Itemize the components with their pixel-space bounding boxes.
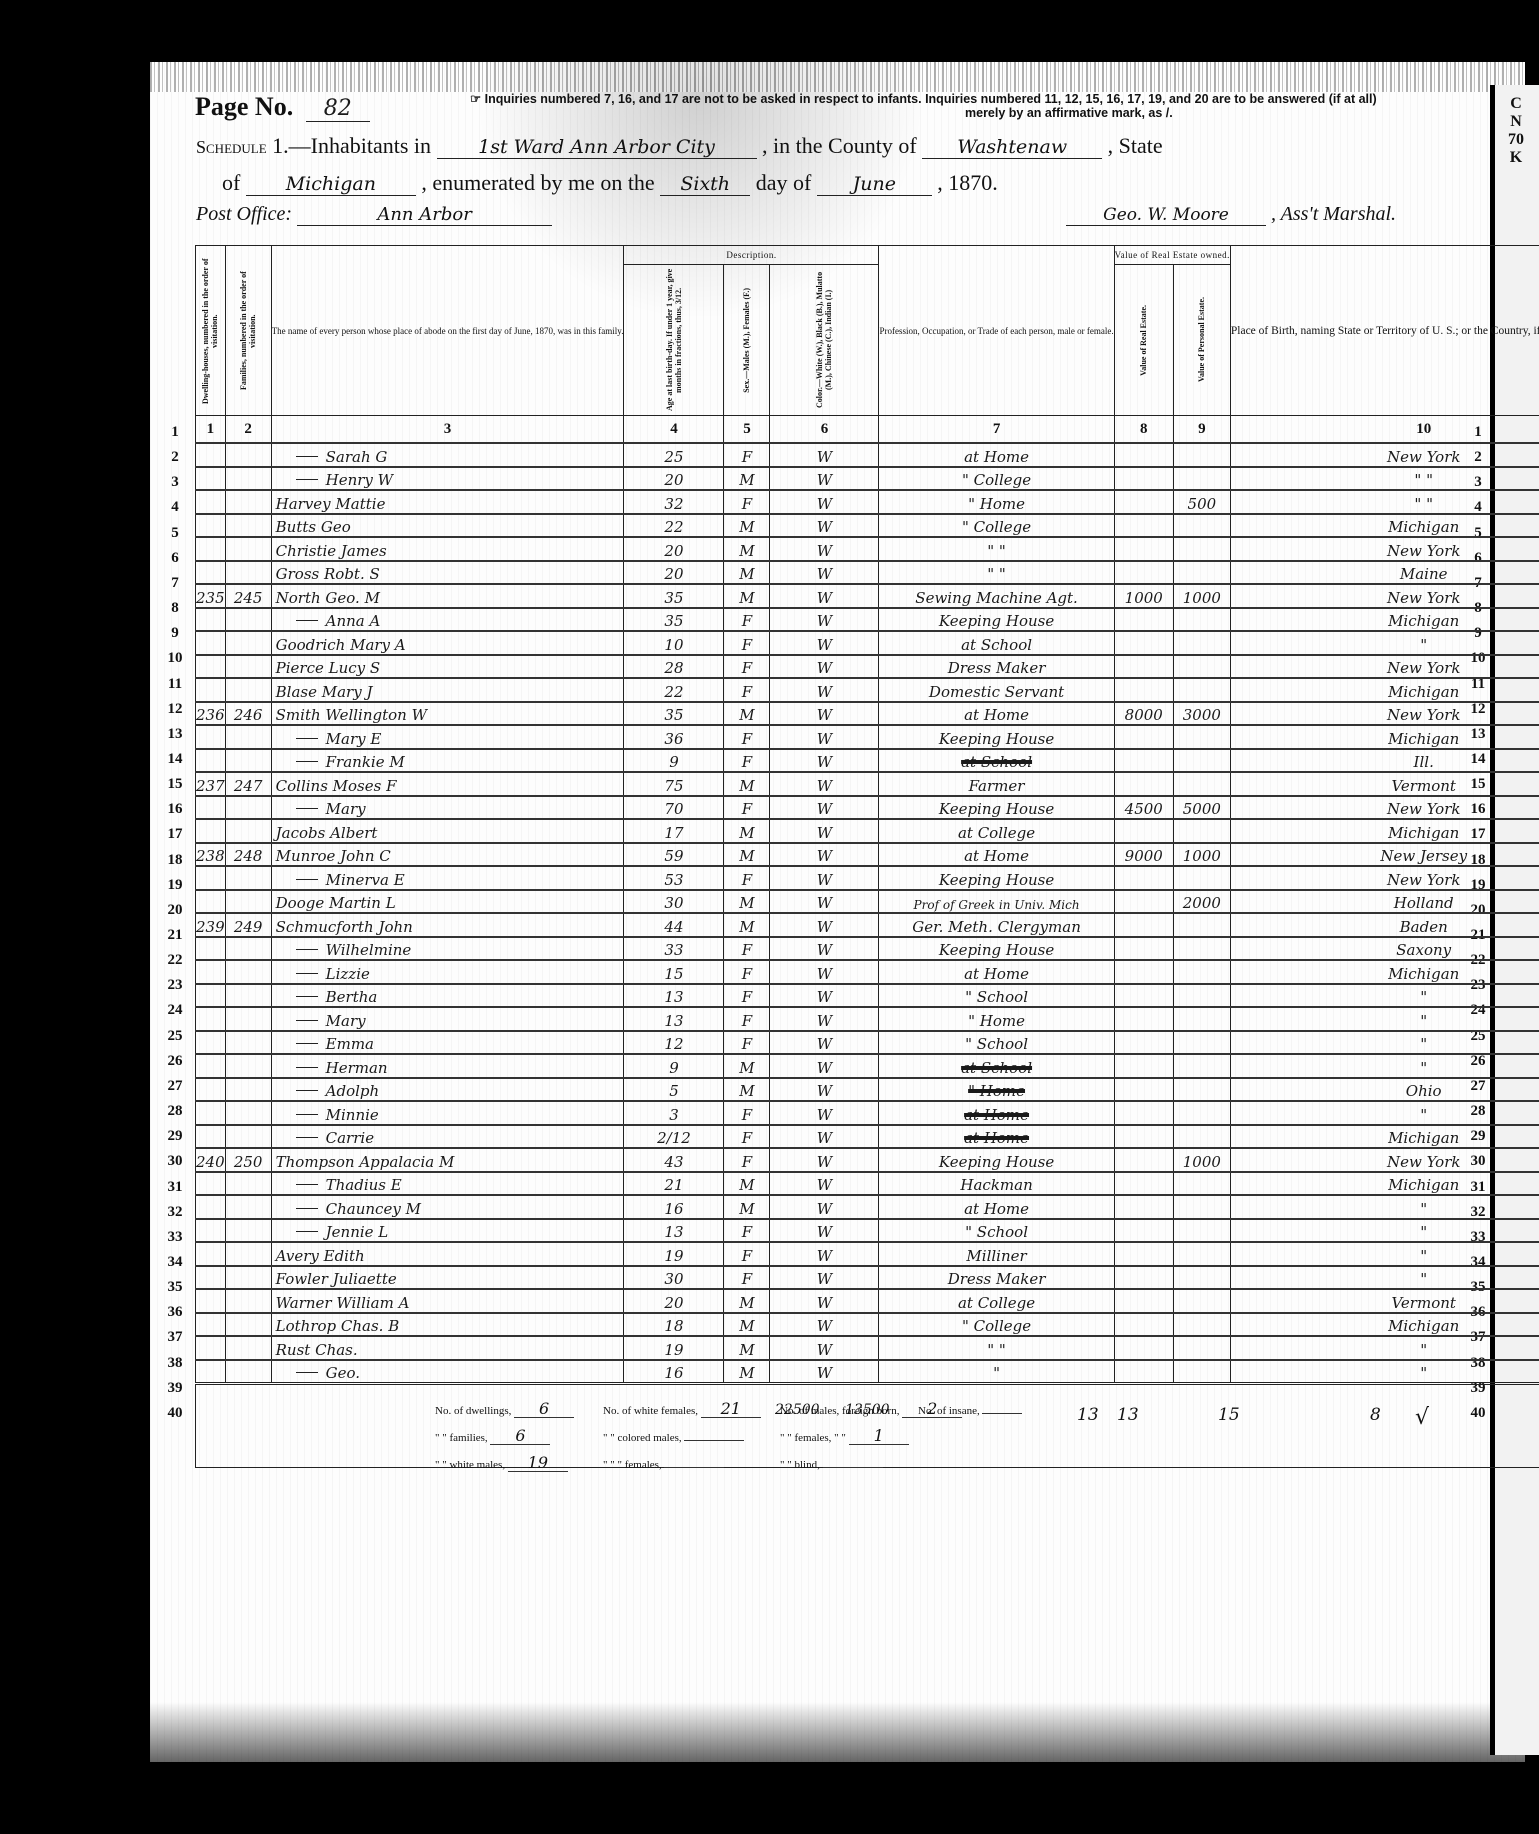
- age: 35: [624, 702, 724, 726]
- family-number: [225, 443, 271, 467]
- real-estate-value: [1114, 1078, 1173, 1102]
- family-number: [225, 1125, 271, 1149]
- place-field: 1st Ward Ann Arbor City: [437, 136, 757, 159]
- birthplace: New York: [1230, 1148, 1539, 1172]
- dwelling-number: [196, 1360, 226, 1384]
- county-field: Washtenaw: [922, 136, 1102, 159]
- dwelling-number: 238: [196, 843, 226, 867]
- insane-count: No. of insane,: [918, 1405, 1022, 1417]
- state-field: Michigan: [246, 173, 416, 196]
- family-number: 250: [225, 1148, 271, 1172]
- birthplace: " ": [1230, 467, 1539, 491]
- sex: F: [724, 796, 770, 820]
- dwelling-number: [196, 608, 226, 632]
- dwelling-number: 239: [196, 913, 226, 937]
- birthplace: ": [1230, 1336, 1539, 1360]
- sex: M: [724, 1289, 770, 1313]
- line-number-left: 25: [160, 1028, 190, 1045]
- color: W: [770, 561, 879, 585]
- occupation: Sewing Machine Agt.: [879, 584, 1114, 608]
- table-row: 237247Collins Moses F75MWFarmerVermont/: [196, 772, 1539, 796]
- color: W: [770, 1195, 879, 1219]
- line-number-left: 22: [160, 952, 190, 969]
- family-number: [225, 537, 271, 561]
- dwelling-number: [196, 1172, 226, 1196]
- person-name: Thadius E: [271, 1172, 624, 1196]
- sex: F: [724, 1101, 770, 1125]
- person-name: Harvey Mattie: [271, 490, 624, 514]
- sex: M: [724, 702, 770, 726]
- dwelling-number: [196, 725, 226, 749]
- ditto-dash: [296, 973, 318, 974]
- month-field: June: [817, 173, 932, 196]
- line-number-left: 32: [160, 1204, 190, 1221]
- family-number: [225, 796, 271, 820]
- age: 30: [624, 890, 724, 914]
- birthplace: New York: [1230, 702, 1539, 726]
- age: 9: [624, 1054, 724, 1078]
- color: W: [770, 467, 879, 491]
- sex: M: [724, 561, 770, 585]
- occupation: Ger. Meth. Clergyman: [879, 913, 1114, 937]
- table-row: 240250Thompson Appalacia M43FWKeeping Ho…: [196, 1148, 1539, 1172]
- sex: F: [724, 490, 770, 514]
- personal-estate-value: [1173, 608, 1230, 632]
- color: W: [770, 725, 879, 749]
- sex: F: [724, 608, 770, 632]
- family-number: [225, 960, 271, 984]
- occupation: " Home: [879, 490, 1114, 514]
- occupation: " College: [879, 1313, 1114, 1337]
- person-name: Minerva E: [271, 866, 624, 890]
- sex: F: [724, 678, 770, 702]
- family-number: [225, 1195, 271, 1219]
- column-number-1: 1: [196, 416, 226, 444]
- real-estate-value: [1114, 631, 1173, 655]
- sex: M: [724, 537, 770, 561]
- age: 33: [624, 937, 724, 961]
- sex: F: [724, 631, 770, 655]
- color: W: [770, 1266, 879, 1290]
- color: W: [770, 1101, 879, 1125]
- real-estate-value: [1114, 1219, 1173, 1243]
- sex: M: [724, 514, 770, 538]
- real-estate-total: 22500: [775, 1402, 820, 1418]
- line-number-left: 33: [160, 1229, 190, 1246]
- dwelling-number: [196, 1007, 226, 1031]
- color: W: [770, 1336, 879, 1360]
- person-name: Mary: [271, 1007, 624, 1031]
- column-number-row: 1234567891011121314151617181920: [196, 416, 1539, 444]
- sex: M: [724, 1054, 770, 1078]
- personal-estate-value: [1173, 467, 1230, 491]
- age: 16: [624, 1195, 724, 1219]
- column-number-2: 2: [225, 416, 271, 444]
- table-row: 236246Smith Wellington W35MWat Home80003…: [196, 702, 1539, 726]
- real-estate-value: [1114, 1336, 1173, 1360]
- line-number-left: 6: [160, 550, 190, 567]
- dwelling-number: [196, 866, 226, 890]
- dwelling-number: [196, 1031, 226, 1055]
- birthplace: ": [1230, 1031, 1539, 1055]
- birthplace: Ohio: [1230, 1078, 1539, 1102]
- family-number: [225, 866, 271, 890]
- sex: F: [724, 1266, 770, 1290]
- table-row: Lizzie15FWat HomeMichigan//: [196, 960, 1539, 984]
- real-estate-value: [1114, 749, 1173, 773]
- occupation: at College: [879, 819, 1114, 843]
- birthplace: Saxony: [1230, 937, 1539, 961]
- age: 20: [624, 537, 724, 561]
- occupation: at School: [879, 631, 1114, 655]
- person-name: Chauncey M: [271, 1195, 624, 1219]
- occupation: Farmer: [879, 772, 1114, 796]
- dwelling-number: [196, 1101, 226, 1125]
- line-number-left: 30: [160, 1153, 190, 1170]
- color: W: [770, 890, 879, 914]
- dwelling-number: [196, 960, 226, 984]
- family-number: [225, 514, 271, 538]
- real-estate-value: [1114, 1148, 1173, 1172]
- occupation: Keeping House: [879, 608, 1114, 632]
- table-row: Christie James20MW" "New York/: [196, 537, 1539, 561]
- table-row: 239249Schmucforth John44MWGer. Meth. Cle…: [196, 913, 1539, 937]
- person-name: Jennie L: [271, 1219, 624, 1243]
- age: 28: [624, 655, 724, 679]
- family-number: [225, 1242, 271, 1266]
- dwelling-number: [196, 631, 226, 655]
- line-number-left: 34: [160, 1254, 190, 1271]
- age: 3: [624, 1101, 724, 1125]
- person-name: Wilhelmine: [271, 937, 624, 961]
- occupation: at Home: [879, 702, 1114, 726]
- age: 16: [624, 1360, 724, 1384]
- personal-estate-total: 13500: [845, 1402, 890, 1418]
- col-10-header: Place of Birth, naming State or Territor…: [1230, 246, 1539, 416]
- family-number: [225, 1336, 271, 1360]
- color: W: [770, 1289, 879, 1313]
- birthplace: Michigan: [1230, 678, 1539, 702]
- birthplace: New York: [1230, 655, 1539, 679]
- person-name: Thompson Appalacia M: [271, 1148, 624, 1172]
- occupation: Keeping House: [879, 796, 1114, 820]
- sex: M: [724, 819, 770, 843]
- table-row: Gross Robt. S20MW" "Maine/: [196, 561, 1539, 585]
- birthplace: Michigan: [1230, 725, 1539, 749]
- color: W: [770, 584, 879, 608]
- ditto-dash: [296, 1184, 318, 1185]
- col-9-header: Value of Personal Estate.: [1173, 265, 1230, 416]
- real-estate-value: [1114, 772, 1173, 796]
- age: 13: [624, 1007, 724, 1031]
- table-row: Jacobs Albert17MWat CollegeMichigan/: [196, 819, 1539, 843]
- personal-estate-value: [1173, 960, 1230, 984]
- personal-estate-value: [1173, 537, 1230, 561]
- personal-estate-value: 1000: [1173, 843, 1230, 867]
- personal-estate-value: [1173, 443, 1230, 467]
- ditto-dash: [296, 1090, 318, 1091]
- occupation: " ": [879, 561, 1114, 585]
- person-name: Dooge Martin L: [271, 890, 624, 914]
- page-number-label: Page No.: [195, 92, 293, 121]
- personal-estate-value: [1173, 913, 1230, 937]
- personal-estate-value: [1173, 1266, 1230, 1290]
- table-row: 235245North Geo. M35MWSewing Machine Agt…: [196, 584, 1539, 608]
- personal-estate-value: [1173, 1219, 1230, 1243]
- table-row: Thadius E21MWHackmanMichigan/: [196, 1172, 1539, 1196]
- age: 75: [624, 772, 724, 796]
- personal-estate-value: [1173, 1125, 1230, 1149]
- age: 12: [624, 1031, 724, 1055]
- color: W: [770, 702, 879, 726]
- table-row: Mary E36FWKeeping HouseMichigan: [196, 725, 1539, 749]
- person-name: Pierce Lucy S: [271, 655, 624, 679]
- col-8-header: Value of Real Estate.: [1114, 265, 1173, 416]
- table-row: Rust Chas.19MW" ""/: [196, 1336, 1539, 1360]
- age: 70: [624, 796, 724, 820]
- occupation: ": [879, 1360, 1114, 1384]
- real-estate-value: [1114, 1031, 1173, 1055]
- family-number: [225, 937, 271, 961]
- line-number-left: 14: [160, 751, 190, 768]
- sex: F: [724, 960, 770, 984]
- occupation: Keeping House: [879, 937, 1114, 961]
- dwelling-number: [196, 655, 226, 679]
- personal-estate-value: 1000: [1173, 584, 1230, 608]
- color: W: [770, 843, 879, 867]
- real-estate-value: 1000: [1114, 584, 1173, 608]
- birthplace: Vermont: [1230, 772, 1539, 796]
- sex: M: [724, 890, 770, 914]
- person-name: Gross Robt. S: [271, 561, 624, 585]
- age: 15: [624, 960, 724, 984]
- family-number: [225, 1054, 271, 1078]
- family-number: [225, 984, 271, 1008]
- dwelling-number: [196, 443, 226, 467]
- post-office-field: Ann Arbor: [297, 204, 552, 226]
- col-3-header: The name of every person whose place of …: [271, 246, 624, 416]
- table-row: Warner William A20MWat CollegeVermont/: [196, 1289, 1539, 1313]
- personal-estate-value: [1173, 725, 1230, 749]
- page-number: Page No. 82: [195, 92, 370, 122]
- line-number-left: 5: [160, 525, 190, 542]
- person-name: Christie James: [271, 537, 624, 561]
- dwelling-number: [196, 1219, 226, 1243]
- dwelling-number: [196, 537, 226, 561]
- person-name: Sarah G: [271, 443, 624, 467]
- family-number: [225, 749, 271, 773]
- color: W: [770, 1148, 879, 1172]
- line-number-left: 13: [160, 726, 190, 743]
- occupation: at School: [879, 1054, 1114, 1078]
- person-name: Goodrich Mary A: [271, 631, 624, 655]
- mother-foreign-total: 13: [1117, 1405, 1139, 1425]
- ditto-dash: [296, 456, 318, 457]
- line-number-left: 40: [160, 1405, 190, 1422]
- real-estate-value: [1114, 1313, 1173, 1337]
- real-estate-value: [1114, 490, 1173, 514]
- occupation: Keeping House: [879, 1148, 1114, 1172]
- dwelling-number: [196, 1054, 226, 1078]
- color: W: [770, 678, 879, 702]
- sex: M: [724, 1360, 770, 1384]
- sex: F: [724, 1148, 770, 1172]
- line-number-left: 18: [160, 852, 190, 869]
- color: W: [770, 655, 879, 679]
- schedule-label: Schedule: [196, 137, 267, 157]
- real-estate-value: [1114, 1242, 1173, 1266]
- family-number: 247: [225, 772, 271, 796]
- line-number-left: 7: [160, 575, 190, 592]
- occupation: at Home: [879, 1125, 1114, 1149]
- dwelling-number: 240: [196, 1148, 226, 1172]
- line-number-left: 36: [160, 1304, 190, 1321]
- sex: M: [724, 1078, 770, 1102]
- age: 19: [624, 1336, 724, 1360]
- color: W: [770, 819, 879, 843]
- line-number-left: 11: [160, 676, 190, 693]
- family-number: [225, 1172, 271, 1196]
- age: 21: [624, 1172, 724, 1196]
- birthplace: New York: [1230, 796, 1539, 820]
- dwelling-number: [196, 1266, 226, 1290]
- person-name: Warner William A: [271, 1289, 624, 1313]
- dwellings-count: 6: [514, 1401, 574, 1418]
- dwelling-number: [196, 514, 226, 538]
- females-foreign-count: 1: [849, 1428, 909, 1445]
- sex: M: [724, 467, 770, 491]
- birthplace: Baden: [1230, 913, 1539, 937]
- personal-estate-value: [1173, 1313, 1230, 1337]
- sex: F: [724, 655, 770, 679]
- birthplace: Michigan: [1230, 608, 1539, 632]
- family-number: [225, 1266, 271, 1290]
- color: W: [770, 913, 879, 937]
- real-estate-value: [1114, 561, 1173, 585]
- color: W: [770, 937, 879, 961]
- description-group-header: Description.: [624, 246, 879, 265]
- dwelling-number: [196, 749, 226, 773]
- sex: M: [724, 1336, 770, 1360]
- occupation: Milliner: [879, 1242, 1114, 1266]
- color: W: [770, 1360, 879, 1384]
- personal-estate-value: [1173, 514, 1230, 538]
- person-name: Frankie M: [271, 749, 624, 773]
- age: 5: [624, 1078, 724, 1102]
- family-number: [225, 655, 271, 679]
- scan-noise-bottom: [150, 1702, 1525, 1762]
- color: W: [770, 866, 879, 890]
- personal-estate-value: [1173, 1289, 1230, 1313]
- day-field: Sixth: [660, 173, 750, 196]
- line-number-left: 4: [160, 499, 190, 516]
- real-estate-value: [1114, 1360, 1173, 1384]
- line-number-left: 8: [160, 600, 190, 617]
- column-number-7: 7: [879, 416, 1114, 444]
- line-number-left: 2: [160, 449, 190, 466]
- column-number-8: 8: [1114, 416, 1173, 444]
- white-females-count: 21: [701, 1401, 761, 1418]
- real-estate-value: [1114, 1054, 1173, 1078]
- person-name: Smith Wellington W: [271, 702, 624, 726]
- line-number-left: 35: [160, 1279, 190, 1296]
- dwelling-number: [196, 937, 226, 961]
- occupation: " School: [879, 1031, 1114, 1055]
- line-number-left: 21: [160, 927, 190, 944]
- schedule-line: Schedule 1.—Inhabitants in 1st Ward Ann …: [196, 133, 1163, 159]
- family-number: [225, 890, 271, 914]
- line-number-left: 24: [160, 1002, 190, 1019]
- line-number-left: 26: [160, 1053, 190, 1070]
- value-group-header: Value of Real Estate owned.: [1114, 246, 1230, 265]
- birthplace: Michigan: [1230, 514, 1539, 538]
- line-number-left: 27: [160, 1078, 190, 1095]
- occupation: at Home: [879, 443, 1114, 467]
- real-estate-value: [1114, 890, 1173, 914]
- real-estate-value: 8000: [1114, 702, 1173, 726]
- colored-males-count: [684, 1440, 744, 1441]
- age: 22: [624, 678, 724, 702]
- table-row: Henry W20MW" College" "/: [196, 467, 1539, 491]
- real-estate-value: [1114, 537, 1173, 561]
- table-row: Fowler Juliaette30FWDress Maker": [196, 1266, 1539, 1290]
- family-number: [225, 819, 271, 843]
- occupation: " ": [879, 1336, 1114, 1360]
- birthplace: New Jersey: [1230, 843, 1539, 867]
- occupation: " Home: [879, 1078, 1114, 1102]
- color: W: [770, 443, 879, 467]
- table-row: Sarah G25FWat HomeNew York: [196, 443, 1539, 467]
- age: 18: [624, 1313, 724, 1337]
- occupation: Dress Maker: [879, 655, 1114, 679]
- birthplace: ": [1230, 1054, 1539, 1078]
- table-row: Anna A35FWKeeping HouseMichigan: [196, 608, 1539, 632]
- table-row: Frankie M9FWat SchoolIll./: [196, 749, 1539, 773]
- personal-estate-value: [1173, 1078, 1230, 1102]
- person-name: Minnie: [271, 1101, 624, 1125]
- table-row: Wilhelmine33FWKeeping HouseSaxony//: [196, 937, 1539, 961]
- table-row: Herman9MWat School"///: [196, 1054, 1539, 1078]
- families-count: 6: [490, 1428, 550, 1445]
- real-estate-value: [1114, 960, 1173, 984]
- line-number-left: 23: [160, 977, 190, 994]
- sex: M: [724, 1313, 770, 1337]
- col-1-header: Dwelling-houses, numbered in the order o…: [196, 246, 226, 416]
- person-name: Geo.: [271, 1360, 624, 1384]
- real-estate-value: [1114, 1125, 1173, 1149]
- family-number: [225, 631, 271, 655]
- line-number-left: 3: [160, 474, 190, 491]
- real-estate-value: 4500: [1114, 796, 1173, 820]
- personal-estate-value: [1173, 1007, 1230, 1031]
- table-row: Blase Mary J22FWDomestic ServantMichigan…: [196, 678, 1539, 702]
- sex: F: [724, 1031, 770, 1055]
- color: W: [770, 1219, 879, 1243]
- birthplace: Vermont: [1230, 1289, 1539, 1313]
- personal-estate-value: [1173, 1195, 1230, 1219]
- ditto-dash: [296, 1043, 318, 1044]
- birthplace: ": [1230, 1266, 1539, 1290]
- person-name: Mary: [271, 796, 624, 820]
- birthplace: ": [1230, 1195, 1539, 1219]
- school-total: 15: [1218, 1405, 1240, 1425]
- family-number: [225, 678, 271, 702]
- real-estate-value: [1114, 937, 1173, 961]
- occupation: at Home: [879, 843, 1114, 867]
- birthplace: New York: [1230, 584, 1539, 608]
- ditto-dash: [296, 949, 318, 950]
- census-rows: Sarah G25FWat HomeNew YorkHenry W20MW" C…: [196, 443, 1539, 1384]
